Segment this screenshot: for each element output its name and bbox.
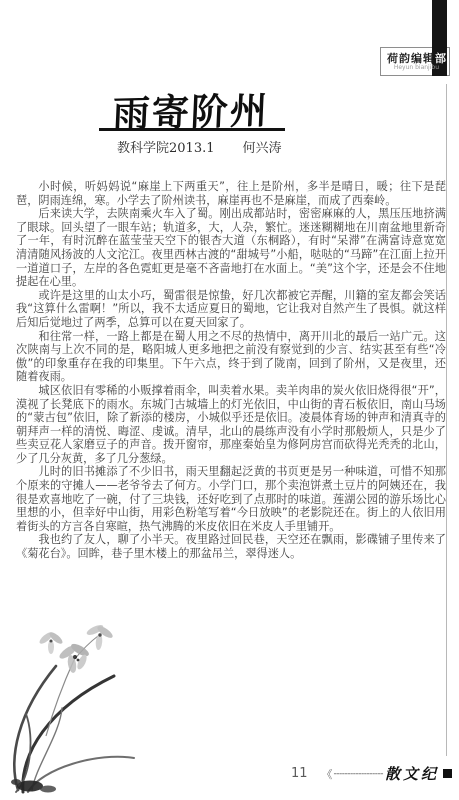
section-name: 散文纪 [385,763,439,784]
article-paragraph-6: 儿时的旧书摊添了不少旧书，雨天里翻起泛黄的书页更是另一种味道，可惜不知那个原来的… [16,465,446,533]
orchid-ink-painting [2,616,152,794]
byline: 教科学院2013.1何兴涛 [117,137,282,156]
article-paragraph-7: 我也约了友人，聊了小半天。夜里路过回民巷，天空还在飘雨，影碟铺子里传来了《菊花台… [16,533,446,560]
page-footer: 11 《 ------------------ 散文纪 [291,763,452,784]
article-paragraph-1: 小时候，听妈妈说“麻崖上下两重天”，往上是阶州，多半是晴日，暖；往下是琵琶，阴雨… [16,180,446,207]
article-paragraph-4: 和往常一样，一路上都是在蜀人用之不尽的热情中，离开川北的最后一站广元。这次陕南与… [16,330,446,384]
byline-author: 何兴涛 [243,141,282,156]
right-edge-rule [446,84,447,756]
footer-dotted-line: ------------------ [334,769,383,779]
page-number: 11 [291,766,308,781]
byline-unit: 教科学院2013.1 [117,141,215,156]
footer-end-square [443,769,452,778]
article-body: 小时候，听妈妈说“麻崖上下两重天”，往上是阶州，多半是晴日，暖；往下是琵琶，阴雨… [16,180,446,561]
footer-guillemet: 《 [322,766,333,782]
article-paragraph-3: 或许是这里的山太小巧，蜀雷很是惊蛰，好几次都被它弄醒，川籍的室友都会笑话我“这算… [16,289,446,330]
article-paragraph-5: 城区依旧有零稀的小贩撑着雨伞，叫卖着水果。卖羊肉串的炭火依旧烧得很“开”，漠视了… [16,384,446,466]
article-paragraph-2: 后来读大学，去陕南乘火车入了蜀。刚出成都站时，密密麻麻的人，黑压压地挤满了眼球。… [16,207,446,289]
edition-tab-romanized: Heyun bianjibu [394,64,439,71]
title-underline [99,128,285,131]
magazine-page: 荷韵编辑部 Heyun bianjibu 雨寄阶州 教科学院2013.1何兴涛 … [0,0,459,800]
edition-tab: 荷韵编辑部 Heyun bianjibu [371,0,453,82]
